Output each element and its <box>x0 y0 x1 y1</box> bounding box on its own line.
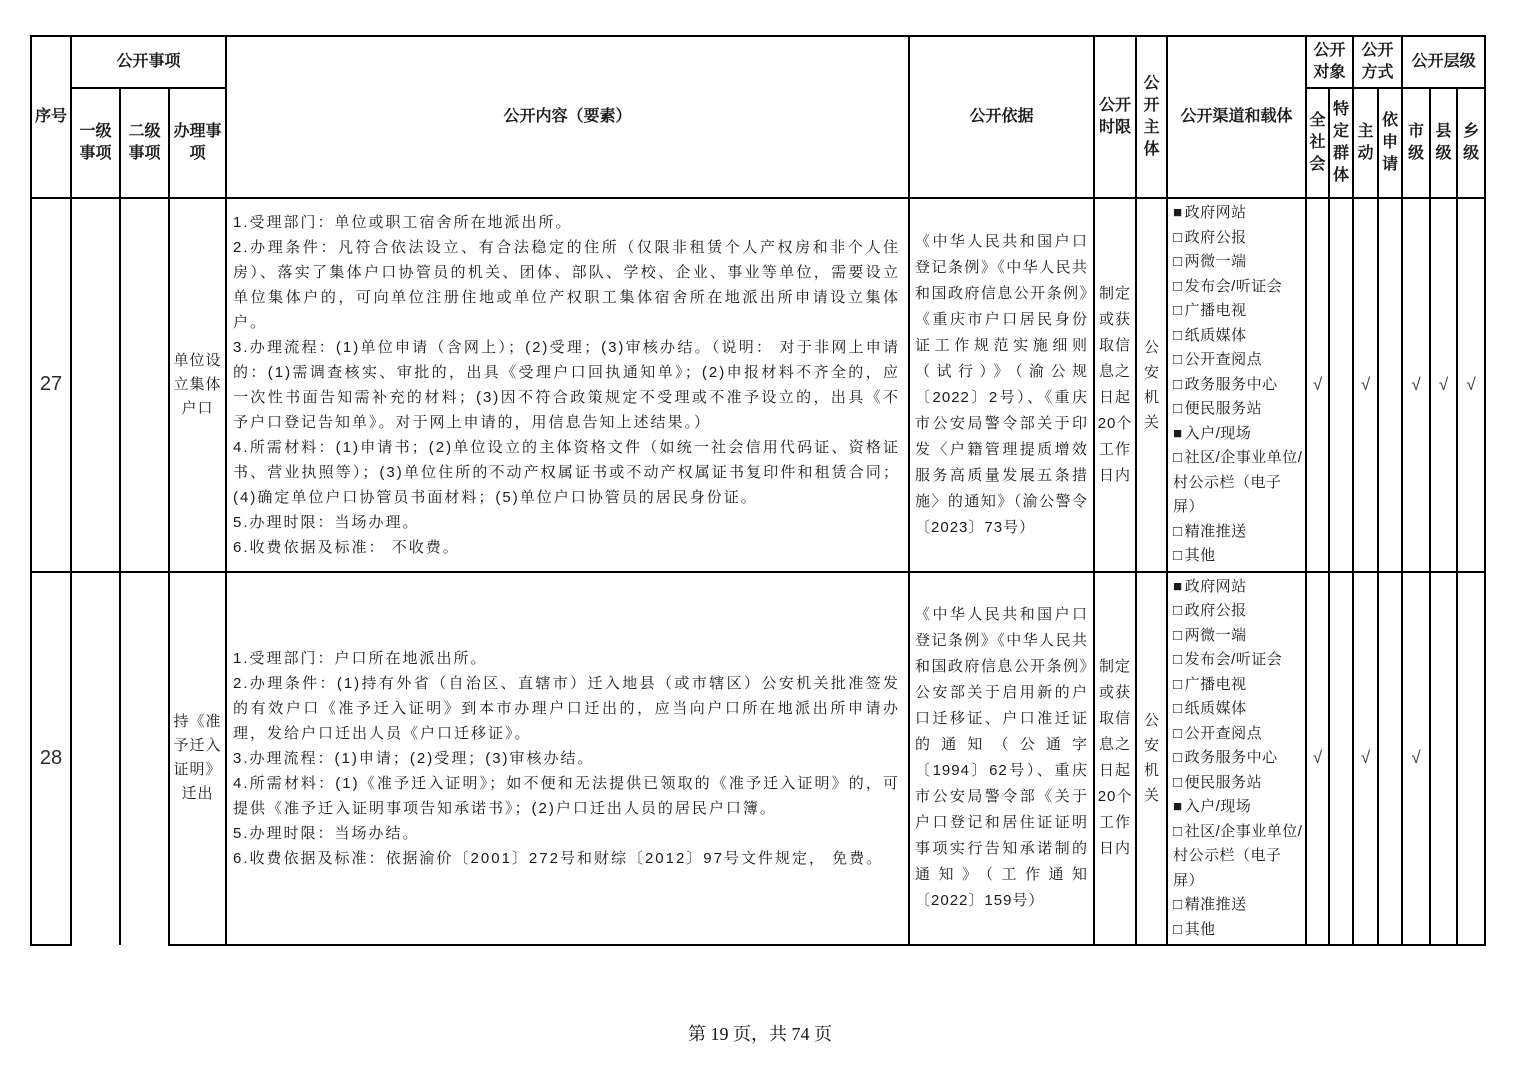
content-item: 2.办理条件：(1)持有外省（自治区、直辖市）迁入地县（或市辖区）公安机关批准签… <box>233 671 900 746</box>
row-subject: 公安机关 <box>1136 198 1167 572</box>
checkmark-method-request <box>1378 198 1402 572</box>
col-header-level1: 一级事项 <box>71 88 120 198</box>
col-header-handling: 办理事项 <box>169 88 226 198</box>
channel-label: 精准推送 <box>1185 523 1247 540</box>
col-header-matters-group: 公开事项 <box>71 36 226 88</box>
checkbox-unchecked-icon: □ <box>1173 523 1183 540</box>
channel-item: □精准推送 <box>1173 893 1303 918</box>
channel-label: 发布会/听证会 <box>1185 278 1283 295</box>
checkmark-level-county <box>1430 572 1457 946</box>
channel-label: 入户/现场 <box>1185 798 1252 815</box>
channel-label: 纸质媒体 <box>1185 700 1247 717</box>
channel-item: □发布会/听证会 <box>1173 275 1303 300</box>
checkbox-unchecked-icon: □ <box>1173 676 1183 693</box>
channel-label: 便民服务站 <box>1185 400 1263 417</box>
channel-item: □广播电视 <box>1173 299 1303 324</box>
col-header-level-town: 乡级 <box>1457 88 1485 198</box>
channel-label: 便民服务站 <box>1185 774 1263 791</box>
checkbox-unchecked-icon: □ <box>1173 278 1183 295</box>
channel-label: 纸质媒体 <box>1185 327 1247 344</box>
table-row: 28 持《准予迁入证明》迁出 1.受理部门：户口所在地派出所。 2.办理条件：(… <box>31 572 1485 946</box>
checkmark-method-active: √ <box>1353 198 1378 572</box>
row-handling: 单位设立集体户口 <box>169 198 226 572</box>
channel-label: 入户/现场 <box>1185 425 1252 442</box>
channel-item: □社区/企事业单位/村公示栏（电子屏） <box>1173 446 1303 520</box>
channel-item: ■政府网站 <box>1173 201 1303 226</box>
row-level1-cell <box>71 198 120 572</box>
channel-label: 社区/企事业单位/村公示栏（电子屏） <box>1173 449 1302 515</box>
col-header-content: 公开内容（要素） <box>226 36 909 198</box>
col-header-seq: 序号 <box>31 36 71 198</box>
checkmark-level-county: √ <box>1430 198 1457 572</box>
row-level1-cell <box>71 572 120 946</box>
content-item: 1.受理部门：户口所在地派出所。 <box>233 646 900 671</box>
checkbox-checked-icon: ■ <box>1173 798 1183 815</box>
channel-item: ■政府网站 <box>1173 575 1303 600</box>
channel-label: 广播电视 <box>1185 676 1247 693</box>
channel-item: □公开查阅点 <box>1173 348 1303 373</box>
checkbox-unchecked-icon: □ <box>1173 351 1183 368</box>
channel-item: □广播电视 <box>1173 673 1303 698</box>
content-item: 4.所需材料：(1)《准予迁入证明》；如不便和无法提供已领取的《准予迁入证明》的… <box>233 771 900 821</box>
checkbox-unchecked-icon: □ <box>1173 602 1183 619</box>
channel-item: □纸质媒体 <box>1173 324 1303 349</box>
channel-label: 政府网站 <box>1185 204 1247 221</box>
checkbox-unchecked-icon: □ <box>1173 229 1183 246</box>
checkbox-unchecked-icon: □ <box>1173 725 1183 742</box>
channel-item: □政府公报 <box>1173 226 1303 251</box>
channel-item: □发布会/听证会 <box>1173 648 1303 673</box>
row-channels: ■政府网站 □政府公报 □两微一端 □发布会/听证会 □广播电视 □纸质媒体 □… <box>1167 572 1306 946</box>
checkmark-level-town <box>1457 572 1485 946</box>
checkbox-unchecked-icon: □ <box>1173 921 1183 938</box>
channel-label: 两微一端 <box>1185 627 1247 644</box>
row-content: 1.受理部门：户口所在地派出所。 2.办理条件：(1)持有外省（自治区、直辖市）… <box>226 572 909 946</box>
channel-item: □两微一端 <box>1173 624 1303 649</box>
channel-label: 精准推送 <box>1185 896 1247 913</box>
row-channels: ■政府网站 □政府公报 □两微一端 □发布会/听证会 □广播电视 □纸质媒体 □… <box>1167 198 1306 572</box>
channel-item: □便民服务站 <box>1173 397 1303 422</box>
checkmark-target-specific <box>1329 572 1353 946</box>
checkmark-level-city: √ <box>1402 572 1430 946</box>
channel-label: 公开查阅点 <box>1185 725 1263 742</box>
content-item: 6.收费依据及标准： 不收费。 <box>233 535 900 560</box>
checkbox-unchecked-icon: □ <box>1173 651 1183 668</box>
channel-label: 政府公报 <box>1185 229 1247 246</box>
col-header-channels: 公开渠道和载体 <box>1167 36 1306 198</box>
channel-label: 发布会/听证会 <box>1185 651 1283 668</box>
checkmark-method-active: √ <box>1353 572 1378 946</box>
checkbox-checked-icon: ■ <box>1173 425 1183 442</box>
col-header-method-active: 主动 <box>1353 88 1378 198</box>
content-item: 1.受理部门：单位或职工宿舍所在地派出所。 <box>233 210 900 235</box>
checkbox-unchecked-icon: □ <box>1173 823 1183 840</box>
col-header-method-request: 依申请 <box>1378 88 1402 198</box>
table-row: 27 单位设立集体户口 1.受理部门：单位或职工宿舍所在地派出所。 2.办理条件… <box>31 198 1485 572</box>
checkbox-unchecked-icon: □ <box>1173 376 1183 393</box>
channel-item: ■入户/现场 <box>1173 795 1303 820</box>
content-item: 5.办理时限：当场办理。 <box>233 510 900 535</box>
checkmark-level-city: √ <box>1402 198 1430 572</box>
col-header-subject: 公开主体 <box>1136 36 1167 198</box>
checkmark-target-specific <box>1329 198 1353 572</box>
channel-item: ■入户/现场 <box>1173 422 1303 447</box>
channel-label: 广播电视 <box>1185 302 1247 319</box>
channel-item: □其他 <box>1173 544 1303 569</box>
checkmark-target-all: √ <box>1306 572 1329 946</box>
col-header-basis: 公开依据 <box>909 36 1094 198</box>
channel-item: □政务服务中心 <box>1173 373 1303 398</box>
channel-label: 其他 <box>1185 547 1216 564</box>
row-basis: 《中华人民共和国户口登记条例》《中华人民共和国政府信息公开条例》公安部关于启用新… <box>909 572 1094 946</box>
channel-item: □公开查阅点 <box>1173 722 1303 747</box>
channel-item: □纸质媒体 <box>1173 697 1303 722</box>
col-header-level-city: 市级 <box>1402 88 1430 198</box>
content-item: 3.办理流程：(1)申请；(2)受理；(3)审核办结。 <box>233 746 900 771</box>
col-header-time-limit: 公开时限 <box>1094 36 1136 198</box>
checkbox-unchecked-icon: □ <box>1173 749 1183 766</box>
content-item: 3.办理流程：(1)单位申请（含网上）；(2)受理；(3)审核办结。（说明： 对… <box>233 335 900 435</box>
col-header-level-group: 公开层级 <box>1402 36 1485 88</box>
channel-item: □便民服务站 <box>1173 771 1303 796</box>
channel-label: 公开查阅点 <box>1185 351 1263 368</box>
channel-item: □社区/企事业单位/村公示栏（电子屏） <box>1173 820 1303 894</box>
row-basis: 《中华人民共和国户口登记条例》《中华人民共和国政府信息公开条例》《重庆市户口居民… <box>909 198 1094 572</box>
checkmark-level-town: √ <box>1457 198 1485 572</box>
checkmark-method-request <box>1378 572 1402 946</box>
checkbox-unchecked-icon: □ <box>1173 547 1183 564</box>
checkbox-checked-icon: ■ <box>1173 204 1183 221</box>
channel-item: □其他 <box>1173 918 1303 943</box>
checkbox-unchecked-icon: □ <box>1173 700 1183 717</box>
checkbox-unchecked-icon: □ <box>1173 253 1183 270</box>
checkbox-unchecked-icon: □ <box>1173 327 1183 344</box>
checkbox-checked-icon: ■ <box>1173 578 1183 595</box>
checkmark-target-all: √ <box>1306 198 1329 572</box>
channel-label: 社区/企事业单位/村公示栏（电子屏） <box>1173 823 1302 889</box>
col-header-level-county: 县级 <box>1430 88 1457 198</box>
channel-item: □政府公报 <box>1173 599 1303 624</box>
channel-label: 政府公报 <box>1185 602 1247 619</box>
row-time-limit: 制定或获取信息之日起20个工作日内 <box>1094 572 1136 946</box>
row-content: 1.受理部门：单位或职工宿舍所在地派出所。 2.办理条件：凡符合依法设立、有合法… <box>226 198 909 572</box>
page-footer: 第 19 页，共 74 页 <box>0 1020 1520 1046</box>
disclosure-table: 序号 公开事项 公开内容（要素） 公开依据 公开时限 公开主体 公开渠道和载体 … <box>30 35 1486 946</box>
content-item: 4.所需材料：(1)申请书；(2)单位设立的主体资格文件（如统一社会信用代码证、… <box>233 435 900 510</box>
row-handling: 持《准予迁入证明》迁出 <box>169 572 226 946</box>
row-time-limit: 制定或获取信息之日起20个工作日内 <box>1094 198 1136 572</box>
content-item: 5.办理时限：当场办结。 <box>233 821 900 846</box>
checkbox-unchecked-icon: □ <box>1173 774 1183 791</box>
content-item: 6.收费依据及标准：依据渝价〔2001〕272号和财综〔2012〕97号文件规定… <box>233 846 900 871</box>
checkbox-unchecked-icon: □ <box>1173 449 1183 466</box>
channel-label: 政府网站 <box>1185 578 1247 595</box>
col-header-target-group: 公开对象 <box>1306 36 1353 88</box>
channel-label: 两微一端 <box>1185 253 1247 270</box>
row-level2-cell <box>120 572 169 946</box>
checkbox-unchecked-icon: □ <box>1173 627 1183 644</box>
channel-item: □两微一端 <box>1173 250 1303 275</box>
checkbox-unchecked-icon: □ <box>1173 302 1183 319</box>
checkbox-unchecked-icon: □ <box>1173 400 1183 417</box>
row-seq: 28 <box>31 572 71 946</box>
row-subject: 公安机关 <box>1136 572 1167 946</box>
row-level2-cell <box>120 198 169 572</box>
col-header-level2: 二级事项 <box>120 88 169 198</box>
col-header-target-all: 全社会 <box>1306 88 1329 198</box>
checkbox-unchecked-icon: □ <box>1173 896 1183 913</box>
channel-label: 政务服务中心 <box>1185 749 1278 766</box>
row-seq: 27 <box>31 198 71 572</box>
col-header-method-group: 公开方式 <box>1353 36 1402 88</box>
channel-label: 其他 <box>1185 921 1216 938</box>
channel-item: □政务服务中心 <box>1173 746 1303 771</box>
content-item: 2.办理条件：凡符合依法设立、有合法稳定的住所（仅限非租赁个人产权房和非个人住房… <box>233 235 900 335</box>
col-header-target-specific: 特定群体 <box>1329 88 1353 198</box>
channel-label: 政务服务中心 <box>1185 376 1278 393</box>
channel-item: □精准推送 <box>1173 520 1303 545</box>
